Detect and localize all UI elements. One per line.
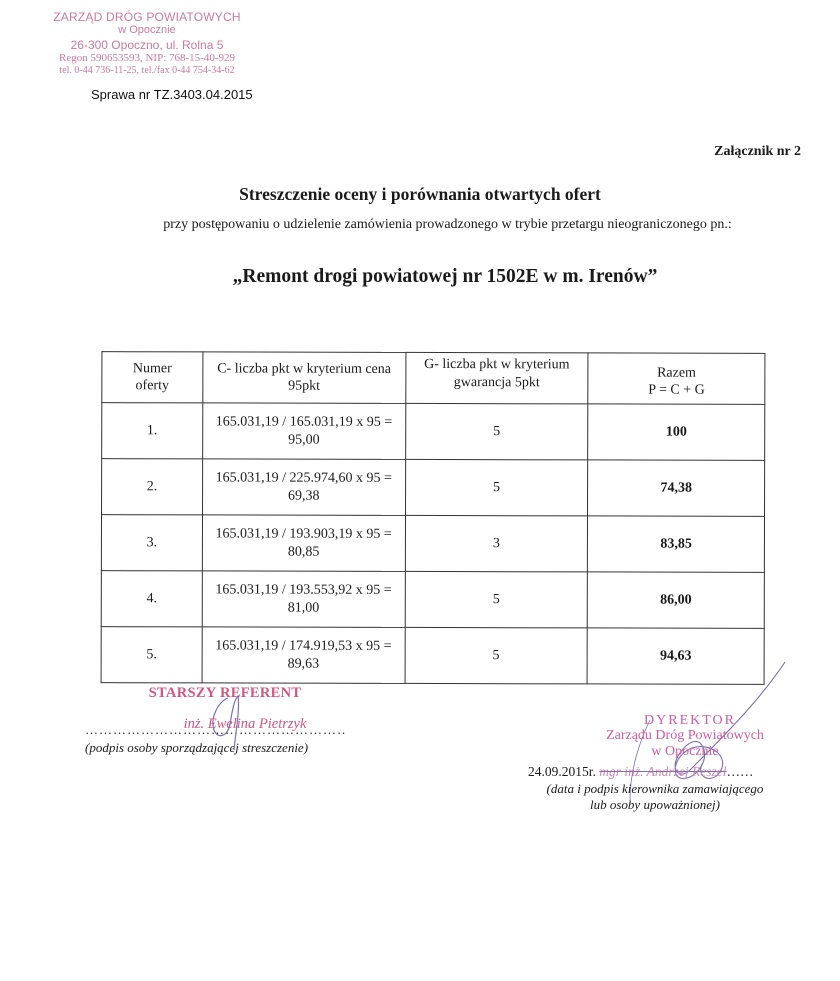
director-caption-line1: (data i podpis kierownika zamawiającego	[530, 781, 780, 797]
stamp-line-regon: Regon 590653593, NIP: 768-15-40-929	[52, 52, 242, 65]
header-warranty-points: G- liczba pkt w kryteriumgwarancja 5pkt	[405, 352, 588, 403]
director-stamp-city: w Opocznie	[580, 744, 790, 759]
price-points-cell: 165.031,19 / 193.903,19 x 95 =80,85	[202, 515, 405, 572]
total-points-cell: 100	[588, 404, 765, 460]
offer-number: 1.	[102, 403, 203, 459]
stamp-line-office: ZARZĄD DRÓG POWIATOWYCH	[52, 10, 242, 24]
total-points-cell: 86,00	[587, 572, 764, 628]
preparer-name-stamp: inż. Ewelina Pietrzyk	[145, 716, 345, 733]
attachment-label: Załącznik nr 2	[714, 144, 801, 160]
director-name-stamp: mgr inż. Andrzej Reszel	[599, 764, 726, 779]
header-offer-number: Numeroferty	[102, 352, 203, 403]
warranty-points-cell: 3	[405, 515, 588, 571]
table-row: 4. 165.031,19 / 193.553,92 x 95 =81,00 5…	[101, 571, 764, 629]
total-points-cell: 74,38	[588, 460, 765, 516]
offers-table: Numeroferty C- liczba pkt w kryterium ce…	[101, 351, 766, 685]
offer-number: 3.	[101, 515, 202, 571]
table-row: 1. 165.031,19 / 165.031,19 x 95 =95,00 5…	[102, 403, 765, 461]
signature-line: ……	[727, 764, 754, 779]
document-subtitle: przy postępowaniu o udzielenie zamówieni…	[0, 217, 840, 233]
signature-date: 24.09.2015r.	[528, 764, 596, 779]
director-date-line: 24.09.2015r. mgr inż. Andrzej Reszel……	[528, 764, 754, 780]
table-header-row: Numeroferty C- liczba pkt w kryterium ce…	[102, 352, 765, 405]
director-stamp-office: Zarządu Dróg Powiatowych	[580, 728, 790, 743]
warranty-points-cell: 5	[405, 627, 588, 683]
offer-number: 4.	[101, 571, 202, 627]
price-points-cell: 165.031,19 / 225.974,60 x 95 =69,38	[202, 459, 405, 516]
offer-number: 2.	[102, 459, 203, 515]
project-name: „Remont drogi powiatowej nr 1502E w m. I…	[0, 266, 840, 288]
offer-number: 5.	[101, 627, 202, 683]
total-points-cell: 83,85	[588, 516, 765, 572]
table-row: 3. 165.031,19 / 193.903,19 x 95 =80,85 3…	[101, 515, 764, 573]
price-points-cell: 165.031,19 / 193.553,92 x 95 =81,00	[202, 571, 405, 628]
stamp-line-phone: tel. 0-44 736-11-25, tel./fax 0-44 754-3…	[52, 65, 242, 77]
document-title: Streszczenie oceny i porównania otwartyc…	[0, 184, 840, 205]
director-stamp-title: DYREKTOR	[590, 713, 790, 728]
price-points-cell: 165.031,19 / 165.031,19 x 95 =95,00	[203, 403, 406, 460]
table-row: 2. 165.031,19 / 225.974,60 x 95 =69,38 5…	[102, 459, 765, 517]
director-caption: (data i podpis kierownika zamawiającego …	[530, 781, 780, 814]
stamp-line-address: 26-300 Opoczno, ul. Rolna 5	[52, 38, 242, 52]
price-points-cell: 165.031,19 / 174.919,53 x 95 =89,63	[202, 627, 405, 684]
warranty-points-cell: 5	[405, 571, 588, 627]
office-stamp: ZARZĄD DRÓG POWIATOWYCH w Opocznie 26-30…	[52, 10, 242, 77]
header-total: RazemP = C + G	[588, 353, 765, 404]
header-price-points: C- liczba pkt w kryterium cena95pkt	[203, 352, 406, 404]
warranty-points-cell: 5	[405, 403, 588, 459]
director-stamp: DYREKTOR Zarządu Dróg Powiatowych w Opoc…	[580, 713, 790, 759]
case-number: Sprawa nr TZ.3403.04.2015	[91, 87, 253, 102]
warranty-points-cell: 5	[405, 459, 588, 515]
director-caption-line2: lub osoby upoważnionej)	[530, 797, 780, 813]
stamp-line-city: w Opocznie	[52, 24, 242, 37]
